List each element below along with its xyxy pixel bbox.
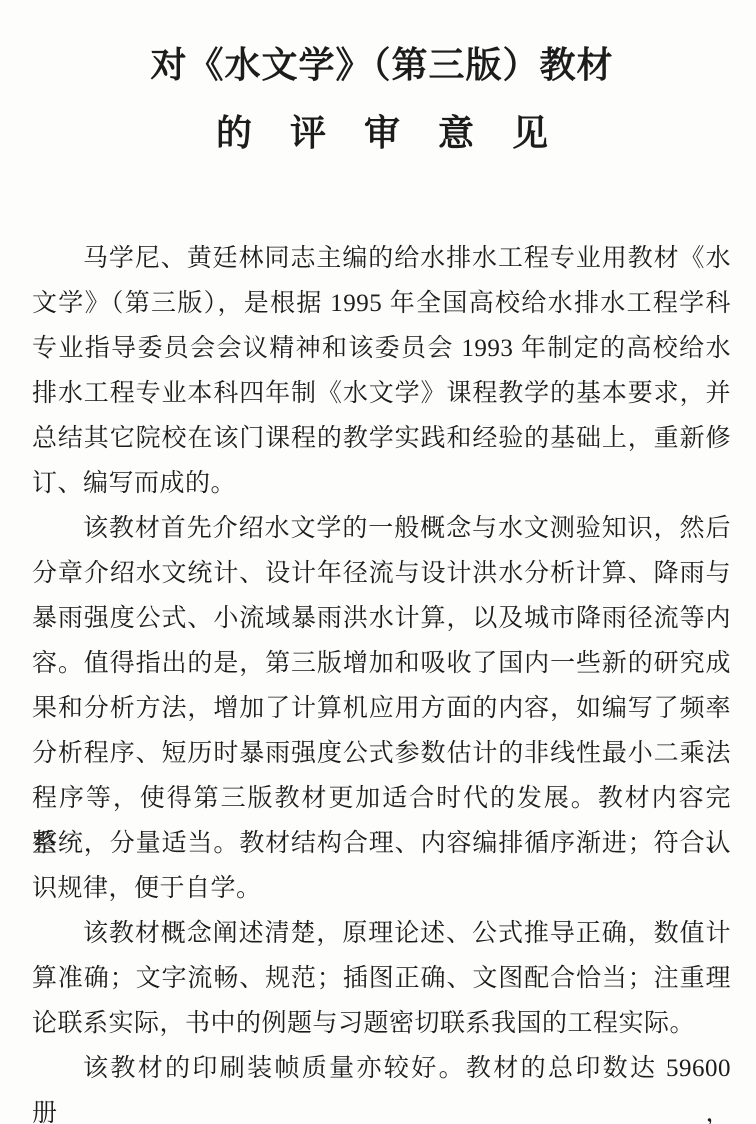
text-line: 系统，分量适当。教材结构合理、内容编排循序渐进；符合认 [32, 821, 731, 866]
text-line: 该教材的印刷装帧质量亦较好。教材的总印数达 59600 册， [32, 1046, 731, 1091]
text-line: 分析程序、短历时暴雨强度公式参数估计的非线性最小二乘法 [32, 731, 731, 776]
text-line: 暴雨强度公式、小流域暴雨洪水计算，以及城市降雨径流等内 [32, 596, 731, 641]
text-line: 果和分析方法，增加了计算机应用方面的内容，如编写了频率 [32, 686, 731, 731]
text-line: 识规律，便于自学。 [32, 866, 731, 911]
text-line: 排水工程专业本科四年制《水文学》课程教学的基本要求，并 [32, 371, 731, 416]
scanned-document-page: 对《水文学》（第三版）教材 的评审意见 马学尼、黄廷林同志主编的给水排水工程专业… [0, 0, 756, 1124]
document-body: 马学尼、黄廷林同志主编的给水排水工程专业用教材《水文学》（第三版），是根据 19… [32, 236, 731, 1091]
document-title-line-1: 对《水文学》（第三版）教材 [32, 44, 732, 87]
text-line: 算准确；文字流畅、规范；插图正确、文图配合恰当；注重理 [32, 956, 731, 1001]
text-line: 文学》（第三版），是根据 1995 年全国高校给水排水工程学科 [32, 281, 731, 326]
text-line: 该教材概念阐述清楚，原理论述、公式推导正确，数值计 [32, 911, 731, 956]
text-line: 程序等，使得第三版教材更加适合时代的发展。教材内容完整、 [32, 776, 731, 821]
text-line: 分章介绍水文统计、设计年径流与设计洪水分析计算、降雨与 [32, 551, 731, 596]
text-line: 该教材首先介绍水文学的一般概念与水文测验知识，然后 [32, 506, 731, 551]
text-line: 马学尼、黄廷林同志主编的给水排水工程专业用教材《水 [32, 236, 731, 281]
text-line: 订、编写而成的。 [32, 461, 731, 506]
document-title-line-2: 的评审意见 [32, 112, 732, 155]
text-line: 论联系实际，书中的例题与习题密切联系我国的工程实际。 [32, 1001, 731, 1046]
text-line: 总结其它院校在该门课程的教学实践和经验的基础上，重新修 [32, 416, 731, 461]
text-line: 容。值得指出的是，第三版增加和吸收了国内一些新的研究成 [32, 641, 731, 686]
text-line: 专业指导委员会会议精神和该委员会 1993 年制定的高校给水 [32, 326, 731, 371]
